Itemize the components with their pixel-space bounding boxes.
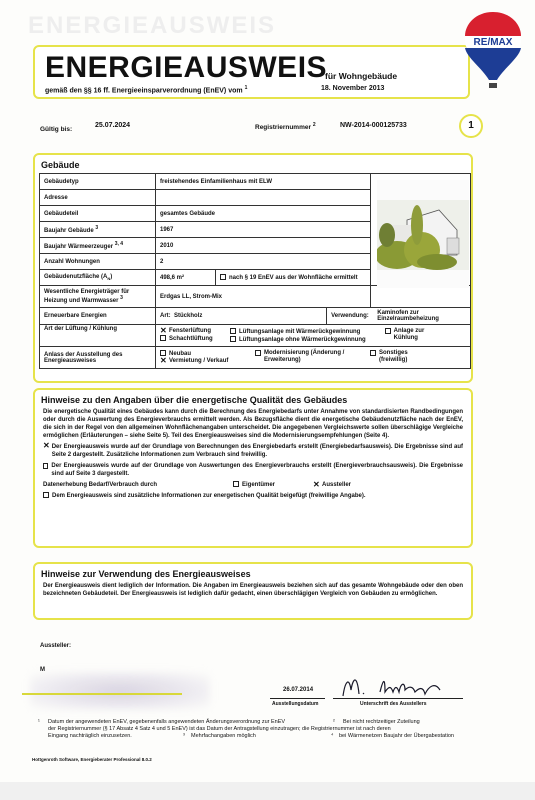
page-number-badge: 1 (459, 114, 483, 138)
valid-until-date: 25.07.2024 (95, 122, 130, 129)
checkbox-checked[interactable]: ✕ (160, 358, 167, 364)
table-row: Art der Lüftung / Kühlung ✕Fensterlüftun… (40, 325, 471, 347)
registration-number: NW-2014-000125733 (340, 122, 407, 129)
checkbox-unchecked[interactable] (220, 274, 226, 280)
table-cell: 1967 (156, 222, 371, 238)
software-credit: Hottgenroth Software, Energieberater Pro… (32, 757, 152, 762)
table-cell: freistehendes Einfamilienhaus mit ELW (156, 174, 371, 190)
validity-row: Gültig bis: 25.07.2024 Registriernummer … (40, 118, 480, 138)
issue-date: 26.07.2014 (283, 687, 313, 693)
remax-balloon-logo: RE/MAX (462, 10, 524, 92)
table-row: Erneuerbare Energien Art: Stückholz Verw… (40, 308, 471, 325)
energy-certificate-page: ENERGIEAUSWEIS ENERGIEAUSWEIS für Wohnge… (0, 0, 535, 800)
extra-info-row: Dem Energieausweis sind zusätzliche Info… (35, 489, 471, 500)
bleed-through-text: ENERGIEAUSWEIS (28, 12, 276, 40)
checkbox-unchecked[interactable] (230, 336, 236, 342)
table-cell: 498,6 m² (156, 270, 216, 286)
document-subtitle: für Wohngebäude (325, 71, 397, 81)
table-cell: Gebäudenutzfläche (AN) (40, 270, 156, 286)
usage-section: Hinweise zur Verwendung des Energieauswe… (33, 562, 473, 620)
table-cell: ✕Fensterlüftung Schachtlüftung Lüftungsa… (156, 325, 471, 347)
title-box: ENERGIEAUSWEIS für Wohngebäude gemäß den… (33, 45, 470, 99)
checkbox-checked[interactable]: ✕ (313, 482, 320, 488)
issuer-label: Aussteller: (40, 643, 71, 649)
building-section-title: Gebäude (35, 155, 471, 173)
redacted-region (30, 672, 210, 710)
bottom-edge (0, 782, 535, 800)
table-cell: Gebäudeteil (40, 206, 156, 222)
table-cell (156, 190, 371, 206)
issue-date-label: Ausstellungsdatum (272, 701, 318, 707)
checkbox-unchecked[interactable] (385, 328, 391, 334)
usage-section-title: Hinweise zur Verwendung des Energieauswe… (35, 564, 471, 582)
table-cell: Anzahl Wohnungen (40, 254, 156, 270)
hints-section-title: Hinweise zu den Angaben über die energet… (35, 390, 471, 408)
hints-body: Die energetische Qualität eines Gebäudes… (35, 408, 471, 440)
registration-label: Registriernummer 2 (255, 122, 316, 131)
table-cell: nach § 19 EnEV aus der Wohnfläche ermitt… (216, 270, 371, 286)
checkbox-unchecked[interactable] (255, 350, 261, 356)
law-reference: gemäß den §§ 16 ff. Energieeinsparverord… (45, 85, 247, 94)
table-cell: 2010 (156, 238, 371, 254)
date-line (270, 698, 325, 699)
checkbox-checked[interactable]: ✕ (160, 328, 167, 334)
table-cell: Erneuerbare Energien (40, 308, 156, 325)
table-row: Wesentliche Energieträger für Heizung un… (40, 286, 471, 308)
table-cell (371, 286, 471, 308)
table-cell: 2 (156, 254, 371, 270)
table-cell: Neubau ✕Vermietung / Verkauf Modernisier… (156, 347, 471, 369)
table-cell: Erdgas LL, Strom-Mix (156, 286, 371, 308)
usage-body: Der Energieausweis dient lediglich der I… (35, 582, 471, 598)
table-cell: Gebäudetyp (40, 174, 156, 190)
option-demand: ✕ Der Energieausweis wurde auf der Grund… (35, 440, 471, 459)
checkbox-unchecked[interactable] (43, 492, 49, 498)
table-cell: Baujahr Wärmeerzeuger 3, 4 (40, 238, 156, 254)
redaction-line (22, 693, 182, 695)
data-collection-row: Datenerhebung Bedarf/Verbrauch durch Eig… (35, 478, 471, 489)
document-title: ENERGIEAUSWEIS (45, 51, 327, 85)
signature-line (333, 698, 463, 699)
table-cell: Wesentliche Energieträger für Heizung un… (40, 286, 156, 308)
table-cell: gesamtes Gebäude (156, 206, 371, 222)
checkbox-unchecked[interactable] (160, 335, 166, 341)
option-consumption: Der Energieausweis wurde auf der Grundla… (35, 459, 471, 478)
table-cell: Anlass der Ausstellung des Energieauswei… (40, 347, 156, 369)
table-cell: Baujahr Gebäude 3 (40, 222, 156, 238)
footnotes: ¹Datum der angewendeten EnEV, gegebenenf… (38, 719, 498, 740)
table-cell: Adresse (40, 190, 156, 206)
building-section: Gebäude Gebäudetypfreistehendes Einfamil… (33, 153, 473, 383)
table-cell: Art: Stückholz Verwendung: Kaminofen zur… (156, 308, 471, 325)
checkbox-unchecked[interactable] (43, 463, 48, 469)
signature-label: Unterschrift des Ausstellers (360, 701, 427, 707)
checkbox-unchecked[interactable] (370, 350, 376, 356)
valid-until-label: Gültig bis: (40, 126, 72, 133)
checkbox-checked[interactable]: ✕ (43, 443, 50, 459)
hints-section: Hinweise zu den Angaben über die energet… (33, 388, 473, 548)
checkbox-unchecked[interactable] (233, 481, 239, 487)
checkbox-unchecked[interactable] (230, 328, 236, 334)
law-date: 18. November 2013 (321, 85, 384, 92)
table-cell: Art der Lüftung / Kühlung (40, 325, 156, 347)
building-photo (377, 180, 469, 288)
svg-text:RE/MAX: RE/MAX (474, 37, 513, 48)
table-row: Anlass der Ausstellung des Energieauswei… (40, 347, 471, 369)
